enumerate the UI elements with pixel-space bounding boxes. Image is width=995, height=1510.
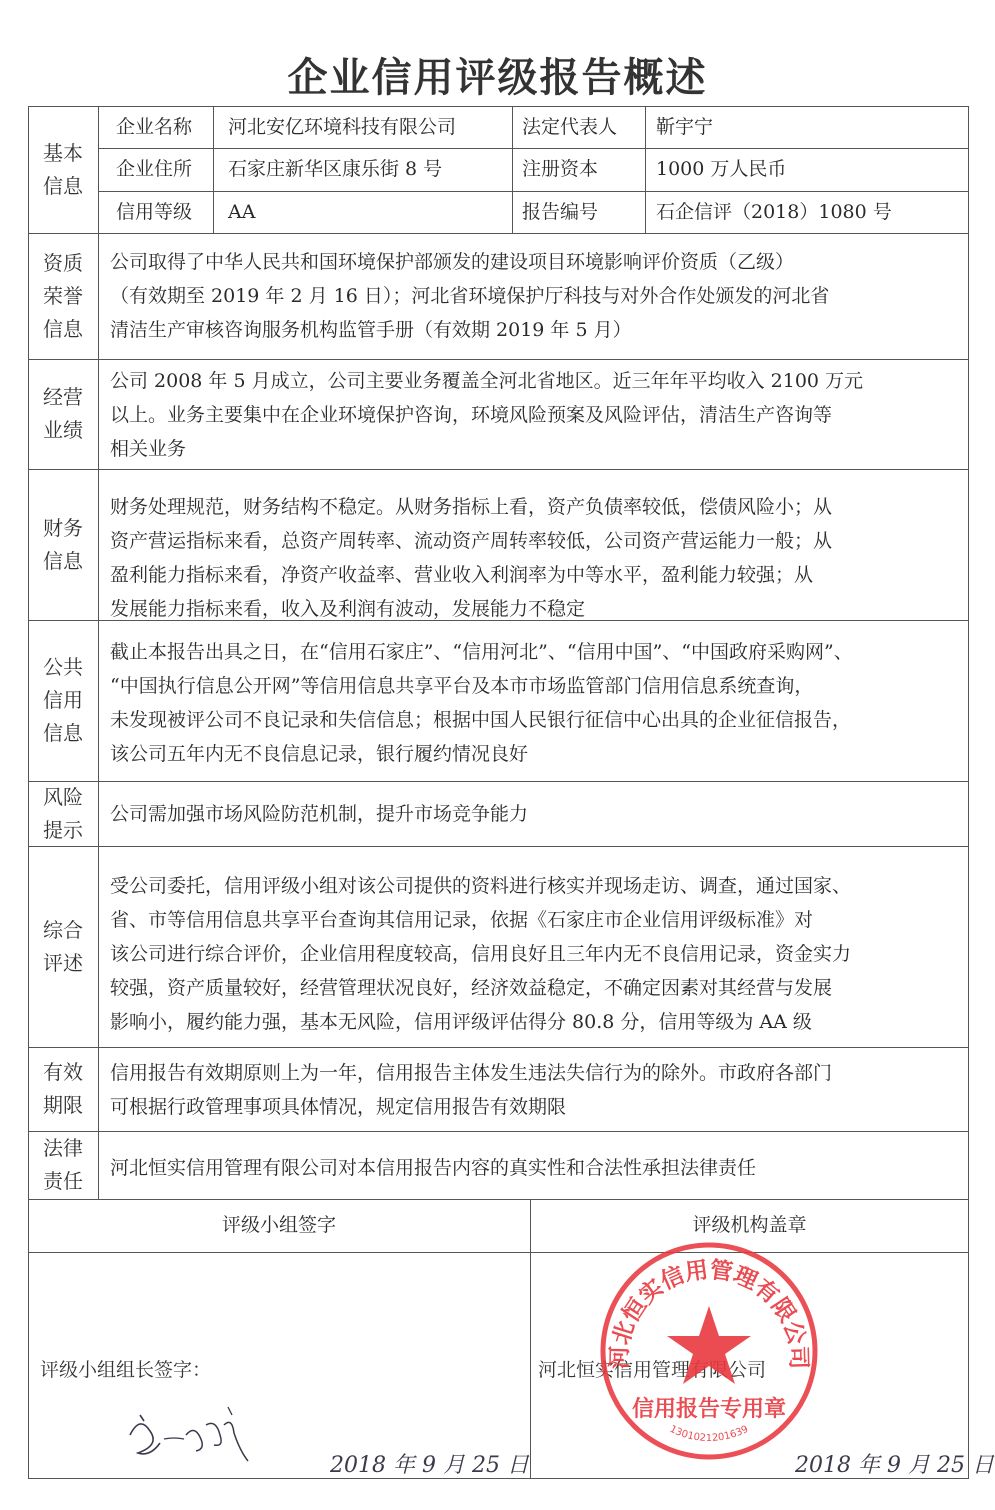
text-line: 清洁生产审核咨询服务机构监管手册（有效期 2019 年 5 月） bbox=[110, 313, 965, 347]
text-line: 公司 2008 年 5 月成立，公司主要业务覆盖全河北省地区。近三年年平均收入 … bbox=[110, 364, 965, 398]
legal-label: 法律 责任 bbox=[28, 1131, 98, 1199]
seal-code: 1301021201639 bbox=[668, 1424, 750, 1444]
field-label-report-no: 报告编号 bbox=[522, 191, 598, 233]
validity-label: 有效 期限 bbox=[28, 1047, 98, 1131]
performance-text: 公司 2008 年 5 月成立，公司主要业务覆盖全河北省地区。近三年年平均收入 … bbox=[110, 364, 965, 466]
svg-text:1301021201639: 1301021201639 bbox=[668, 1424, 750, 1444]
basic-col-divider-2 bbox=[512, 106, 513, 233]
official-seal: 河北恒实信用管理有限公司 信用报告专用章 1301021201639 bbox=[596, 1238, 822, 1464]
section-divider bbox=[28, 781, 969, 782]
text-line: 公司取得了中华人民共和国环境保护部颁发的建设项目环境影响评价资质（乙级） bbox=[110, 245, 965, 279]
label-column-divider bbox=[98, 106, 99, 1199]
signature-header-divider bbox=[28, 1252, 969, 1253]
agency-stamp-date: 2018 年 9 月 25 日 bbox=[795, 1448, 994, 1479]
field-value-reg-capital: 1000 万人民币 bbox=[656, 148, 786, 191]
text-line: 公司需加强市场风险防范机制，提升市场竞争能力 bbox=[110, 797, 965, 831]
basic-info-label: 基本 信息 bbox=[28, 106, 98, 233]
basic-col-divider-1 bbox=[213, 106, 214, 233]
text-line: 信用报告有效期原则上为一年，信用报告主体发生违法失信行为的除外。市政府各部门 bbox=[110, 1056, 965, 1090]
text-line: 受公司委托，信用评级小组对该公司提供的资料进行核实并现场走访、调查，通过国家、 bbox=[110, 869, 970, 903]
section-divider bbox=[28, 1131, 969, 1132]
financial-text: 财务处理规范，财务结构不稳定。从财务指标上看，资产负债率较低，偿债风险小；从 资… bbox=[110, 490, 965, 626]
field-value-legal-rep: 靳宇宁 bbox=[656, 106, 713, 148]
legal-text: 河北恒实信用管理有限公司对本信用报告内容的真实性和合法性承担法律责任 bbox=[110, 1151, 965, 1185]
financial-label: 财务 信息 bbox=[28, 469, 98, 620]
text-line: 资产营运指标来看，总资产周转率、流动资产周转率较低，公司资产营运能力一般；从 bbox=[110, 524, 965, 558]
text-line: “中国执行信息公开网”等信用信息共享平台及本市市场监管部门信用信息系统查询， bbox=[110, 669, 970, 703]
basic-col-divider-3 bbox=[645, 106, 646, 233]
public-credit-text: 截止本报告出具之日，在“信用石家庄”、“信用河北”、“信用中国”、“中国政府采购… bbox=[110, 635, 970, 771]
team-leader-signature-label: 评级小组组长签字： bbox=[40, 1355, 211, 1382]
text-line: 该公司五年内无不良信息记录，银行履约情况良好 bbox=[110, 737, 970, 771]
team-signature-date: 2018 年 9 月 25 日 bbox=[330, 1448, 529, 1479]
handwritten-signature bbox=[120, 1395, 280, 1465]
text-line: 以上。业务主要集中在企业环境保护咨询，环境风险预案及风险评估，清洁生产咨询等 bbox=[110, 398, 965, 432]
risk-label: 风险 提示 bbox=[28, 781, 98, 846]
performance-label: 经营 业绩 bbox=[28, 359, 98, 469]
field-value-report-no: 石企信评（2018）1080 号 bbox=[656, 191, 892, 233]
seal-center-text: 信用报告专用章 bbox=[632, 1396, 786, 1422]
section-divider bbox=[28, 469, 969, 470]
text-line: 较强，资产质量较好，经营管理状况良好，经济效益稳定，不确定因素对其经营与发展 bbox=[110, 971, 970, 1005]
section-divider bbox=[28, 359, 969, 360]
field-label-address: 企业住所 bbox=[116, 148, 192, 191]
field-label-legal-rep: 法定代表人 bbox=[522, 106, 617, 148]
text-line: 盈利能力指标来看，净资产收益率、营业收入利润率为中等水平，盈利能力较强；从 bbox=[110, 558, 965, 592]
qualification-text: 公司取得了中华人民共和国环境保护部颁发的建设项目环境影响评价资质（乙级） （有效… bbox=[110, 245, 965, 347]
text-line: 河北恒实信用管理有限公司对本信用报告内容的真实性和合法性承担法律责任 bbox=[110, 1151, 965, 1185]
text-line: 相关业务 bbox=[110, 432, 965, 466]
section-divider bbox=[28, 846, 969, 847]
text-line: 未发现被评公司不良记录和失信信息；根据中国人民银行征信中心出具的企业征信报告， bbox=[110, 703, 970, 737]
field-value-company-name: 河北安亿环境科技有限公司 bbox=[228, 106, 456, 148]
section-divider bbox=[28, 233, 969, 234]
summary-label: 综合 评述 bbox=[28, 846, 98, 1047]
text-line: 影响小，履约能力强，基本无风险，信用评级评估得分 80.8 分，信用等级为 AA… bbox=[110, 1005, 970, 1039]
text-line: 可根据行政管理事项具体情况，规定信用报告有效期限 bbox=[110, 1090, 965, 1124]
field-label-reg-capital: 注册资本 bbox=[522, 148, 598, 191]
document-title: 企业信用评级报告概述 bbox=[0, 46, 995, 103]
text-line: 发展能力指标来看，收入及利润有波动，发展能力不稳定 bbox=[110, 592, 965, 626]
star-icon bbox=[667, 1306, 751, 1384]
text-line: 省、市等信用信息共享平台查询其信用记录，依据《石家庄市企业信用评级标准》对 bbox=[110, 903, 970, 937]
text-line: 财务处理规范，财务结构不稳定。从财务指标上看，资产负债率较低，偿债风险小；从 bbox=[110, 490, 965, 524]
risk-text: 公司需加强市场风险防范机制，提升市场竞争能力 bbox=[110, 797, 965, 831]
public-credit-label: 公共 信用 信息 bbox=[28, 620, 98, 781]
text-line: （有效期至 2019 年 2 月 16 日）；河北省环境保护厅科技与对外合作处颁… bbox=[110, 279, 965, 313]
validity-text: 信用报告有效期原则上为一年，信用报告主体发生违法失信行为的除外。市政府各部门 可… bbox=[110, 1056, 965, 1124]
field-value-address: 石家庄新华区康乐街 8 号 bbox=[228, 148, 442, 191]
field-label-company-name: 企业名称 bbox=[116, 106, 192, 148]
text-line: 截止本报告出具之日，在“信用石家庄”、“信用河北”、“信用中国”、“中国政府采购… bbox=[110, 635, 970, 669]
qualification-label: 资质 荣誉 信息 bbox=[28, 233, 98, 359]
text-line: 该公司进行综合评价，企业信用程度较高，信用良好且三年内无不良信用记录，资金实力 bbox=[110, 937, 970, 971]
field-value-credit-rating: AA bbox=[228, 191, 255, 233]
field-label-credit-rating: 信用等级 bbox=[116, 191, 192, 233]
rating-team-signature-header: 评级小组签字 bbox=[28, 1199, 530, 1252]
summary-text: 受公司委托，信用评级小组对该公司提供的资料进行核实并现场走访、调查，通过国家、 … bbox=[110, 869, 970, 1039]
section-divider bbox=[28, 1047, 969, 1048]
